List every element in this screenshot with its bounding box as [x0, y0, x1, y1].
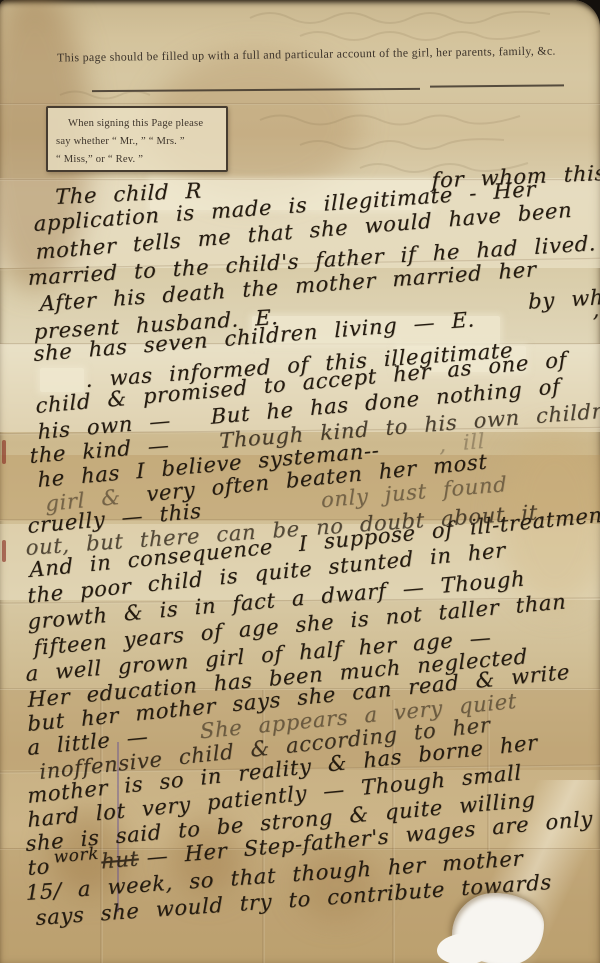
- photographed-document: This page should be filled up with a ful…: [0, 0, 600, 963]
- document-page: This page should be filled up with a ful…: [0, 0, 600, 963]
- manuscript-word-group: to: [27, 854, 50, 880]
- manuscript-word-group: work: [53, 843, 99, 867]
- manuscript-word-group: ,: [592, 297, 600, 322]
- manuscript-text: The child Rfor whom thisapplication is m…: [0, 0, 600, 963]
- manuscript-word-group: hut: [101, 846, 139, 873]
- torn-hole: [437, 933, 489, 963]
